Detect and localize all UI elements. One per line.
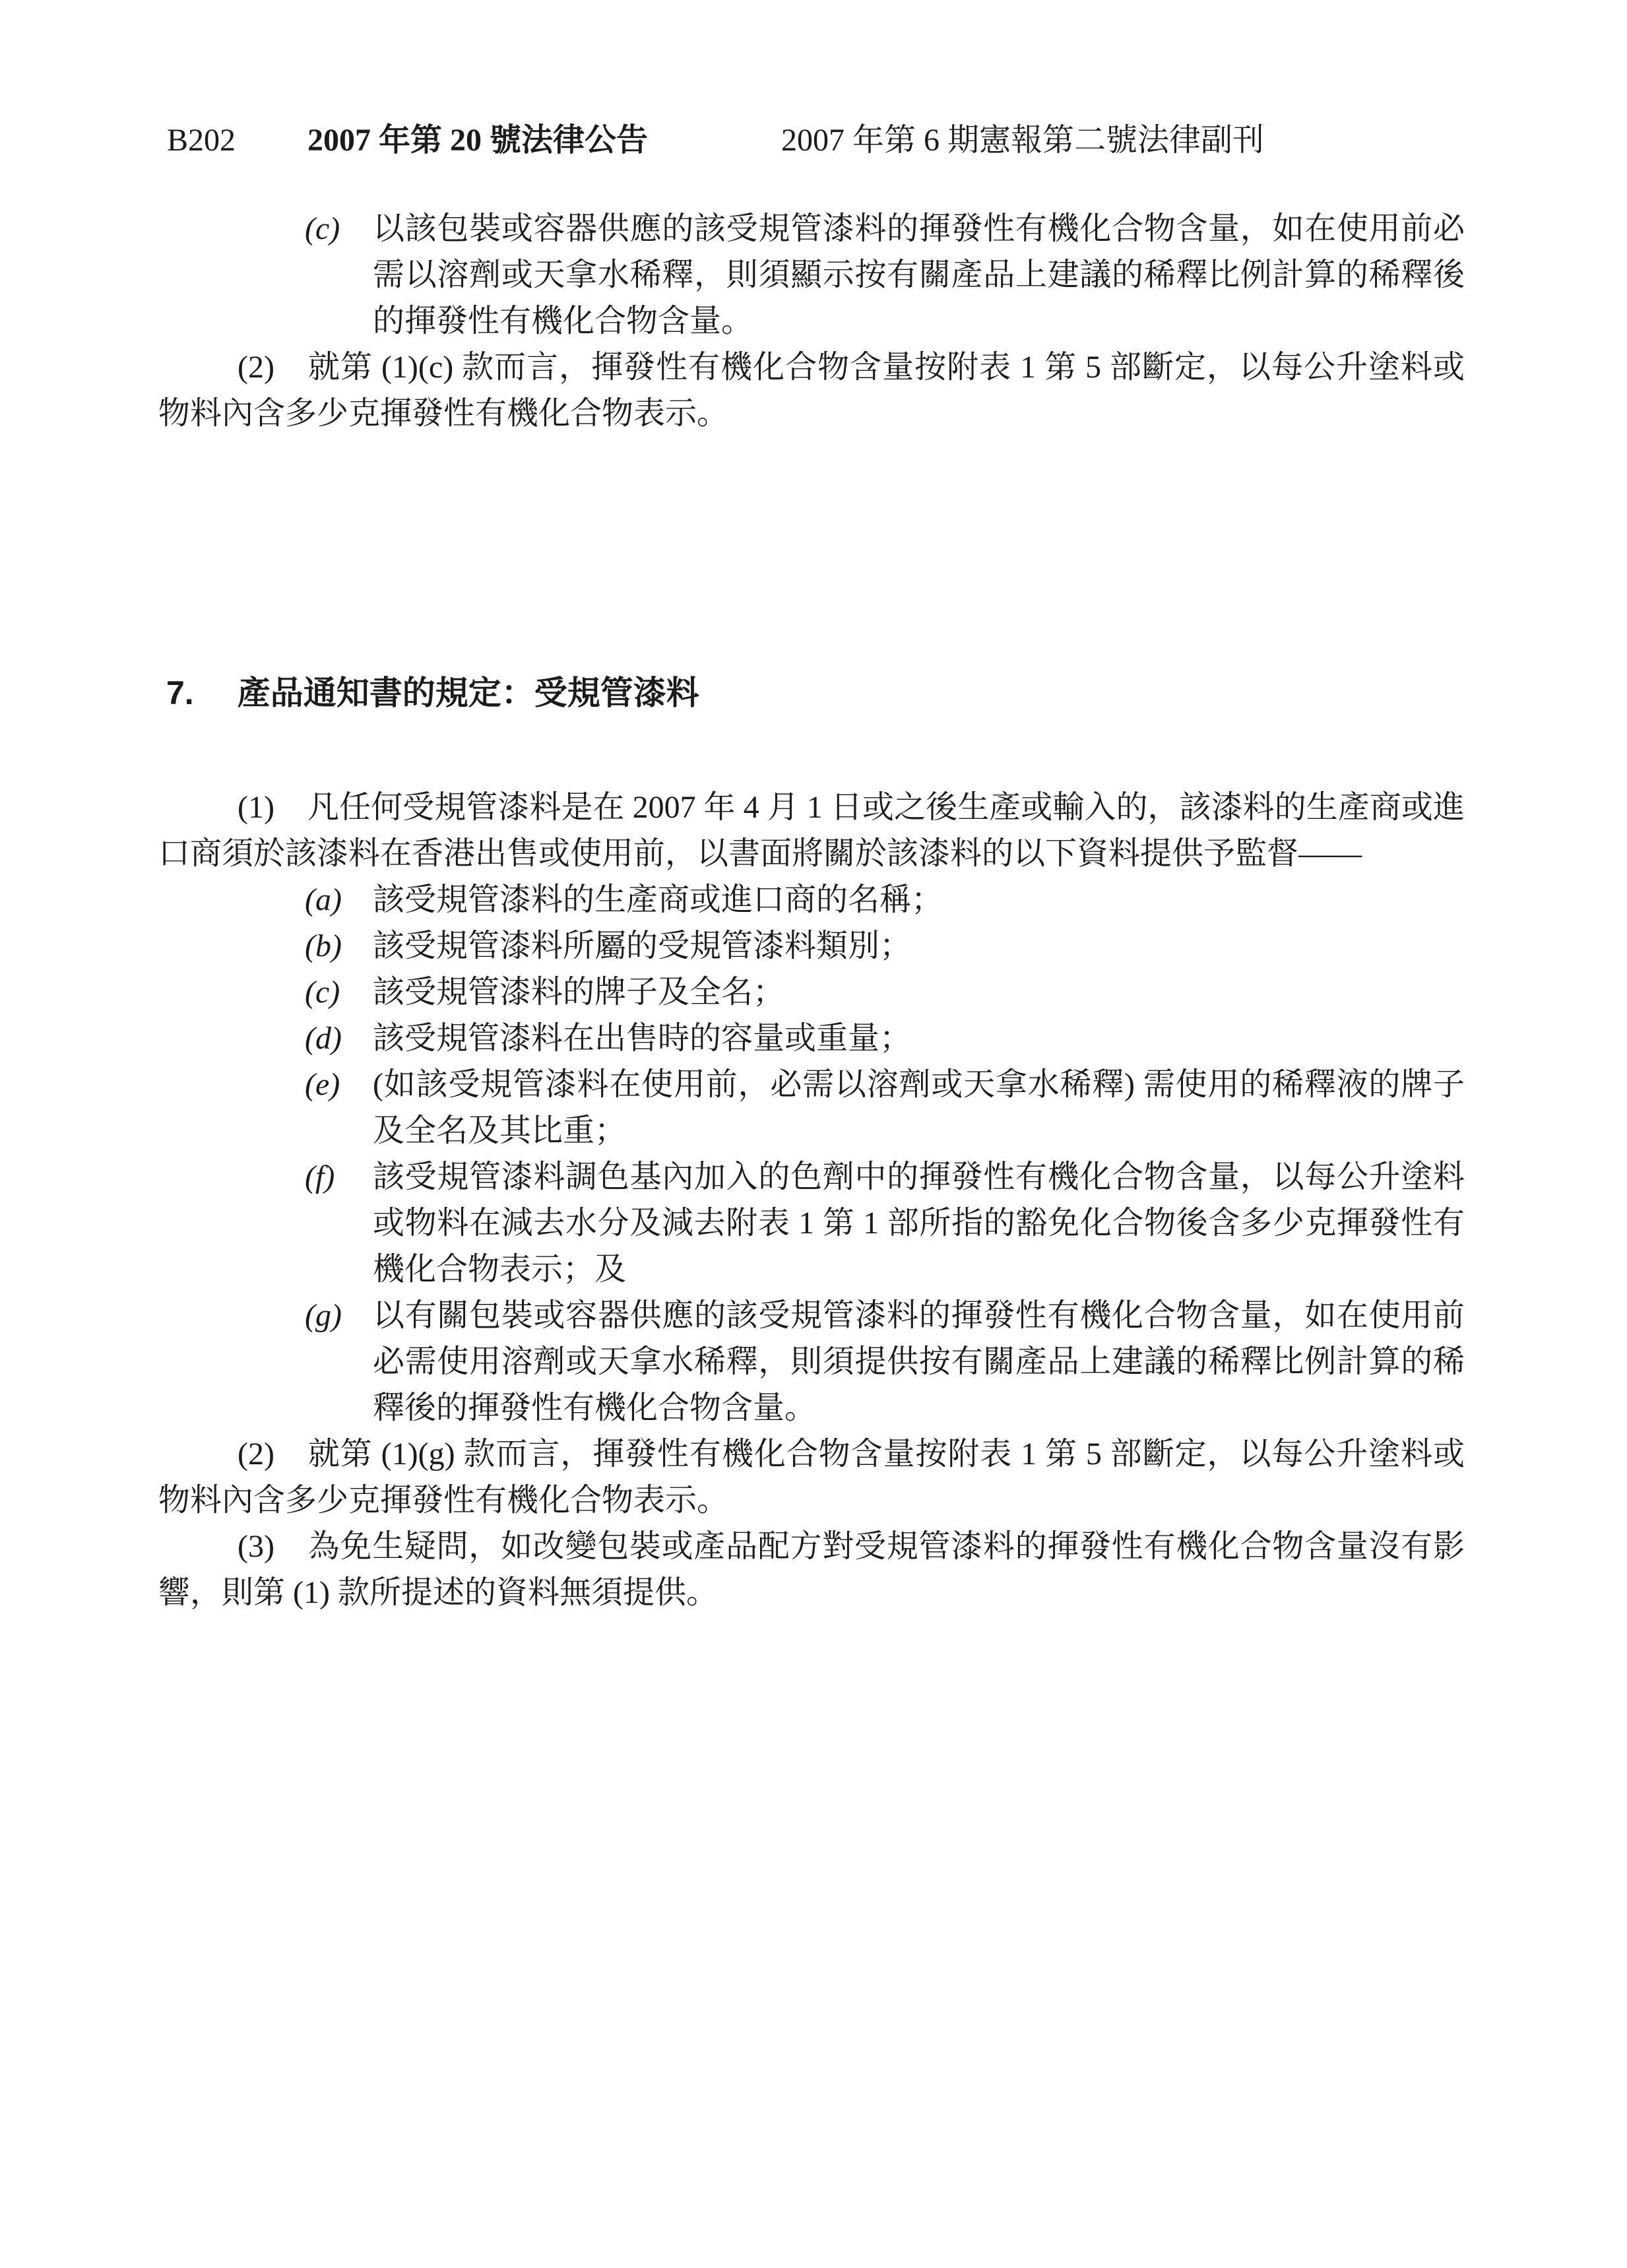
section-number: 7. bbox=[166, 674, 194, 711]
list-item-text: 該受規管漆料調色基內加入的色劑中的揮發性有機化合物含量，以每公升塗料或物料在減去… bbox=[373, 1154, 1465, 1293]
list-item-label: (d) bbox=[305, 1016, 373, 1062]
list-item-label: (e) bbox=[305, 1062, 373, 1154]
list-item-label: (g) bbox=[305, 1293, 373, 1431]
paragraph-text: 就第 (1)(g) 款而言，揮發性有機化合物含量按附表 1 第 5 部斷定，以每… bbox=[158, 1437, 1465, 1518]
list-item-b: (b) 該受規管漆料所屬的受規管漆料類別； bbox=[158, 923, 1465, 969]
paragraph-2-carryover: (2)就第 (1)(c) 款而言，揮發性有機化合物含量按附表 1 第 5 部斷定… bbox=[158, 344, 1465, 437]
paragraph-2: (2)就第 (1)(g) 款而言，揮發性有機化合物含量按附表 1 第 5 部斷定… bbox=[158, 1431, 1465, 1524]
paragraph-1: (1)凡任何受規管漆料是在 2007 年 4 月 1 日或之後生產或輸入的，該漆… bbox=[158, 785, 1465, 877]
list-item-label: (f) bbox=[305, 1154, 373, 1293]
list-item-c: (c) 該受規管漆料的牌子及全名； bbox=[158, 969, 1465, 1016]
list-item-text: 以有關包裝或容器供應的該受規管漆料的揮發性有機化合物含量，如在使用前必需使用溶劑… bbox=[373, 1293, 1465, 1431]
list-item-text: (如該受規管漆料在使用前，必需以溶劑或天拿水稀釋) 需使用的稀釋液的牌子及全名及… bbox=[373, 1062, 1465, 1154]
list-item-a: (a) 該受規管漆料的生產商或進口商的名稱； bbox=[158, 877, 1465, 923]
paragraph-number: (2) bbox=[238, 1437, 274, 1472]
list-item-d: (d) 該受規管漆料在出售時的容量或重量； bbox=[158, 1016, 1465, 1062]
header-gazette-title: 2007 年第 6 期憲報第二號法律副刊 bbox=[781, 117, 1264, 164]
section-body: (1)凡任何受規管漆料是在 2007 年 4 月 1 日或之後生產或輸入的，該漆… bbox=[158, 785, 1465, 1616]
list-item-f: (f) 該受規管漆料調色基內加入的色劑中的揮發性有機化合物含量，以每公升塗料或物… bbox=[158, 1154, 1465, 1293]
section-title: 產品通知書的規定：受規管漆料 bbox=[238, 674, 699, 711]
list-item-e: (e) (如該受規管漆料在使用前，必需以溶劑或天拿水稀釋) 需使用的稀釋液的牌子… bbox=[158, 1062, 1465, 1154]
section-heading: 7.產品通知書的規定：受規管漆料 bbox=[166, 670, 699, 716]
list-item-c-carryover: (c) 以該包裝或容器供應的該受規管漆料的揮發性有機化合物含量，如在使用前必需以… bbox=[158, 206, 1465, 344]
list-item-text: 以該包裝或容器供應的該受規管漆料的揮發性有機化合物含量，如在使用前必需以溶劑或天… bbox=[373, 206, 1465, 344]
list-item-text: 該受規管漆料所屬的受規管漆料類別； bbox=[373, 923, 1465, 969]
list-item-label: (c) bbox=[305, 206, 373, 344]
page-number: B202 bbox=[167, 117, 236, 164]
list-item-text: 該受規管漆料在出售時的容量或重量； bbox=[373, 1016, 1465, 1062]
paragraph-text: 凡任何受規管漆料是在 2007 年 4 月 1 日或之後生產或輸入的，該漆料的生… bbox=[158, 790, 1465, 871]
gazette-page: B202 2007 年第 20 號法律公告 2007 年第 6 期憲報第二號法律… bbox=[0, 0, 1627, 2268]
carryover-block: (c) 以該包裝或容器供應的該受規管漆料的揮發性有機化合物含量，如在使用前必需以… bbox=[158, 206, 1465, 437]
list-item-label: (a) bbox=[305, 877, 373, 923]
list-item-label: (c) bbox=[305, 969, 373, 1016]
paragraph-3: (3)為免生疑問，如改變包裝或產品配方對受規管漆料的揮發性有機化合物含量沒有影響… bbox=[158, 1524, 1465, 1616]
paragraph-text: 為免生疑問，如改變包裝或產品配方對受規管漆料的揮發性有機化合物含量沒有影響，則第… bbox=[158, 1529, 1465, 1610]
paragraph-number: (3) bbox=[238, 1529, 274, 1564]
list-item-text: 該受規管漆料的生產商或進口商的名稱； bbox=[373, 877, 1465, 923]
page-header: B202 2007 年第 20 號法律公告 2007 年第 6 期憲報第二號法律… bbox=[0, 117, 1627, 164]
paragraph-number: (1) bbox=[238, 790, 274, 825]
list-item-g: (g) 以有關包裝或容器供應的該受規管漆料的揮發性有機化合物含量，如在使用前必需… bbox=[158, 1293, 1465, 1431]
header-notice-title: 2007 年第 20 號法律公告 bbox=[307, 117, 648, 164]
list-item-text: 該受規管漆料的牌子及全名； bbox=[373, 969, 1465, 1016]
paragraph-number: (2) bbox=[238, 350, 274, 385]
paragraph-text: 就第 (1)(c) 款而言，揮發性有機化合物含量按附表 1 第 5 部斷定，以每… bbox=[158, 350, 1465, 431]
list-item-label: (b) bbox=[305, 923, 373, 969]
